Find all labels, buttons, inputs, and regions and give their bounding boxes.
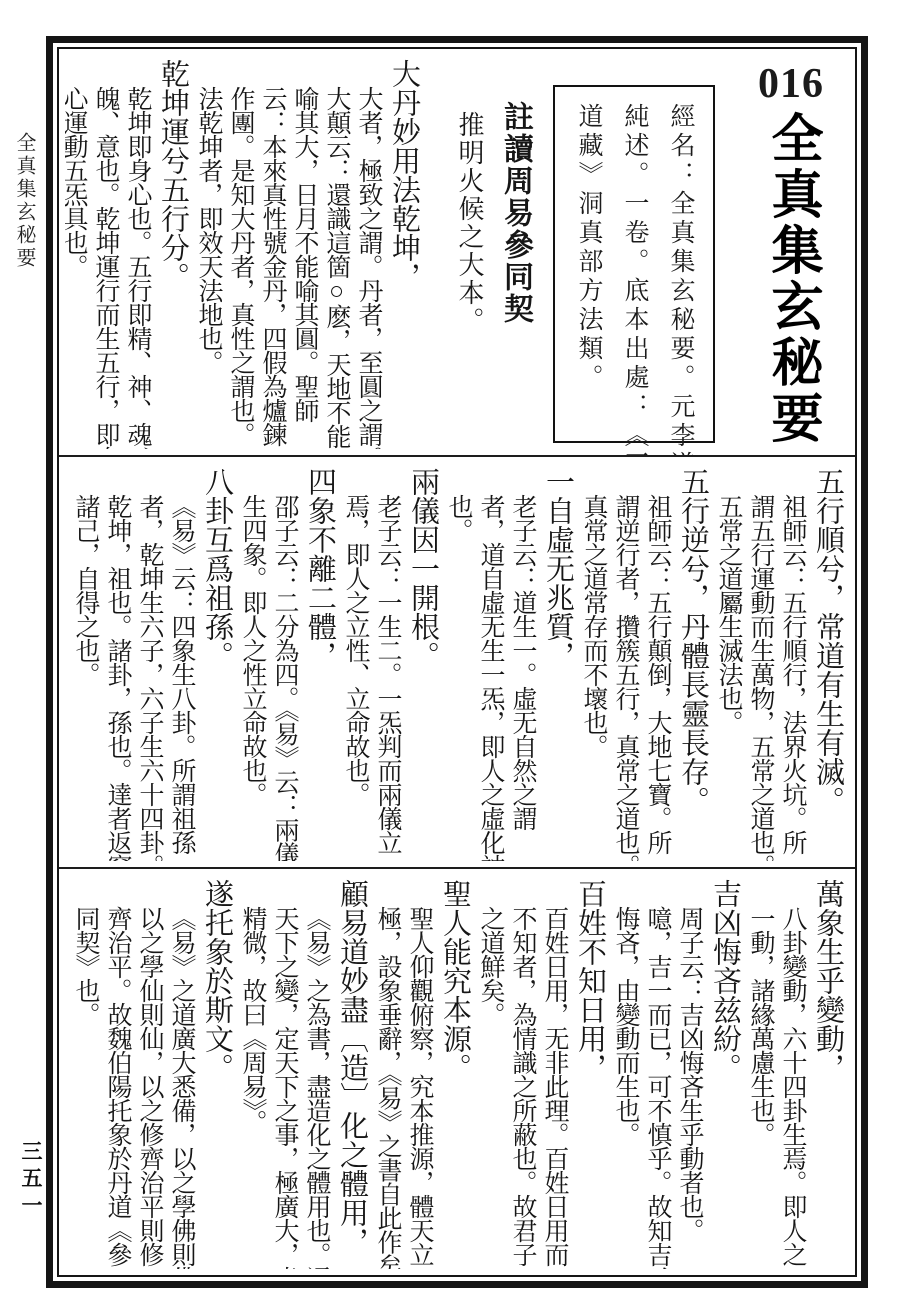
text-column-main: 大丹妙用法乾坤， (384, 59, 423, 449)
text-column-note: 邵子云：二分為四。《易》云：兩儀 (268, 467, 300, 861)
text-column-note: 焉，即人之立性、立命故也。 (339, 467, 371, 861)
text-column-note: 《易》之為書，盡造化之體用也。通 (300, 879, 332, 1269)
text-columns-top: 註讀周易參同契推明火候之大本。大丹妙用法乾坤，大者，極致之謂。丹者，至圓之謂。大… (65, 59, 537, 449)
text-column-note: 《易》云：四象生八卦。所謂祖孫 (165, 467, 197, 861)
text-column-note: 真常之道常存而不壞也。 (577, 467, 609, 861)
text-column-main: 聖人能究本源。 (435, 879, 474, 1269)
text-column-main: 五行逆兮，丹體長靈長存。 (673, 467, 712, 861)
text-column-note: 一動，諸緣萬慮生也。 (744, 879, 776, 1269)
title-block: 016 全真集玄秘要 (735, 59, 847, 449)
text-column-note: 大顛云：還識這箇○麽，天地不能 (320, 59, 352, 449)
text-column-note: 者，乾坤生六子，六子生六十四卦。 (133, 467, 165, 861)
text-column-note: 也。 (442, 467, 474, 861)
text-column-heading: 註讀周易參同契 (493, 59, 537, 449)
text-column-note: 大者，極致之謂。丹者，至圓之謂。 (352, 59, 384, 449)
text-column-note: 周子云：吉凶悔吝生乎動者也。 (673, 879, 705, 1269)
page-frame-inner: 016 全真集玄秘要 經名：全真集玄秘要。元李道純述。一卷。底本出處：《正統道藏… (57, 47, 857, 1277)
text-column-note: 八卦變動，六十四卦生焉。即人之 (776, 879, 808, 1269)
text-column-note: 極，設象垂辭，《易》之書自此作矣。 (371, 879, 403, 1269)
section-bottom: 萬象生乎變動，八卦變動，六十四卦生焉。即人之一動，諸緣萬慮生也。吉凶悔吝兹紛。周… (59, 867, 855, 1275)
text-column-note: 以之學仙則仙，以之修齊治平則修 (133, 879, 165, 1269)
text-column-subheading: 推明火候之大本。 (451, 59, 487, 449)
margin-book-title: 全真集玄秘要 (10, 132, 39, 270)
text-column-main: 顧易道妙盡〔造〕化之體用， (332, 879, 371, 1269)
info-box-column: 經名：全真集玄秘要。元李道 (657, 103, 703, 425)
text-column-note: 老子云：道生一。虛无自然之謂 (506, 467, 538, 861)
text-column-note: 五常之道屬生滅法也。 (712, 467, 744, 861)
text-column-note: 諸己，自得之也。 (69, 467, 101, 861)
bibliographic-box: 經名：全真集玄秘要。元李道純述。一卷。底本出處：《正統道藏》洞真部方法類。 (553, 85, 715, 443)
text-column-note: 不知者，為情識之所蔽也。故君子 (506, 879, 538, 1269)
text-column-main: 兩儀因一開根。 (403, 467, 442, 861)
text-column-note: 云：本來真性號金丹，四假為爐鍊 (256, 59, 288, 449)
text-columns-bottom: 萬象生乎變動，八卦變動，六十四卦生焉。即人之一動，諸緣萬慮生也。吉凶悔吝兹紛。周… (65, 879, 847, 1269)
page-number: 三五一 (16, 1140, 46, 1221)
text-column-note: 乾坤即身心也。五行即精、神、魂、 (121, 59, 153, 449)
text-column-note: 悔吝，由變動而生也。 (609, 879, 641, 1269)
text-column-note: 者，道自虛无生一炁，即人之虛化神 (474, 467, 506, 861)
text-column-note: 之道鮮矣。 (474, 879, 506, 1269)
text-column-note: 生四象。即人之性立命故也。 (236, 467, 268, 861)
text-columns-middle: 五行順兮，常道有生有滅。祖師云：五行順行，法界火坑。所謂五行運動而生萬物，五常之… (65, 467, 847, 861)
text-column-note: 乾坤，祖也。諸卦，孫也。達者返窮 (101, 467, 133, 861)
text-column-note: 謂五行運動而生萬物，五常之道也。 (744, 467, 776, 861)
text-column-note: 祖師云：五行顛倒，大地七寶。所 (641, 467, 673, 861)
text-column-note: 謂逆行者，攢簇五行，真常之道也。 (609, 467, 641, 861)
text-column-main: 八卦互爲祖孫。 (197, 467, 236, 861)
text-column-main: 吉凶悔吝兹紛。 (705, 879, 744, 1269)
text-column-note: 同契》也。 (69, 879, 101, 1269)
text-column-note: 魄、意也。乾坤運行而生五行，即身 (89, 59, 121, 449)
info-box-column: 道藏》洞真部方法類。 (565, 103, 611, 425)
serial-number: 016 (758, 63, 824, 105)
text-column-note: 祖師云：五行順行，法界火坑。所 (776, 467, 808, 861)
text-column-main: 乾坤運兮五行分。 (153, 59, 192, 449)
text-column-note: 法乾坤者，即效天法地也。 (192, 59, 224, 449)
info-box-column: 純述。一卷。底本出處：《正統 (611, 103, 657, 425)
text-column-main: 百姓不知日用， (570, 879, 609, 1269)
page-frame: 016 全真集玄秘要 經名：全真集玄秘要。元李道純述。一卷。底本出處：《正統道藏… (46, 36, 868, 1288)
text-column-note: 心運動五炁具也。 (65, 59, 89, 449)
text-column-note: 齊治平。故魏伯陽托象於丹道《參 (101, 879, 133, 1269)
text-column-note: 喻其大，日月不能喻其圓。聖師 (288, 59, 320, 449)
section-middle: 五行順兮，常道有生有滅。祖師云：五行順行，法界火坑。所謂五行運動而生萬物，五常之… (59, 455, 855, 867)
text-column-note: 天下之變，定天下之事，極廣大，盡 (268, 879, 300, 1269)
text-column-main: 一自虛无兆質， (538, 467, 577, 861)
text-column-note: 作團。是知大丹者，真性之謂也。 (224, 59, 256, 449)
text-column-note: 噫，吉一而已，可不慎乎。故知吉凶 (641, 879, 673, 1269)
section-top: 016 全真集玄秘要 經名：全真集玄秘要。元李道純述。一卷。底本出處：《正統道藏… (59, 49, 855, 455)
book-title: 全真集玄秘要 (765, 111, 817, 447)
text-column-main: 五行順兮，常道有生有滅。 (808, 467, 847, 861)
text-column-note: 《易》之道廣大悉備，以之學佛則佛， (165, 879, 197, 1269)
book-page: 全真集玄秘要 三五一 016 全真集玄秘要 經名：全真集玄秘要。元李道純述。一卷… (0, 0, 900, 1300)
text-column-note: 聖人仰觀俯察，究本推源，體天立 (403, 879, 435, 1269)
text-column-main: 遂托象於斯文。 (197, 879, 236, 1269)
text-column-note: 精微，故曰《周易》。 (236, 879, 268, 1269)
text-column-main: 四象不離二體， (300, 467, 339, 861)
text-column-note: 老子云：一生二。一炁判而兩儀立 (371, 467, 403, 861)
text-column-note: 百姓日用，无非此理。百姓日用而 (538, 879, 570, 1269)
text-column-main: 萬象生乎變動， (808, 879, 847, 1269)
